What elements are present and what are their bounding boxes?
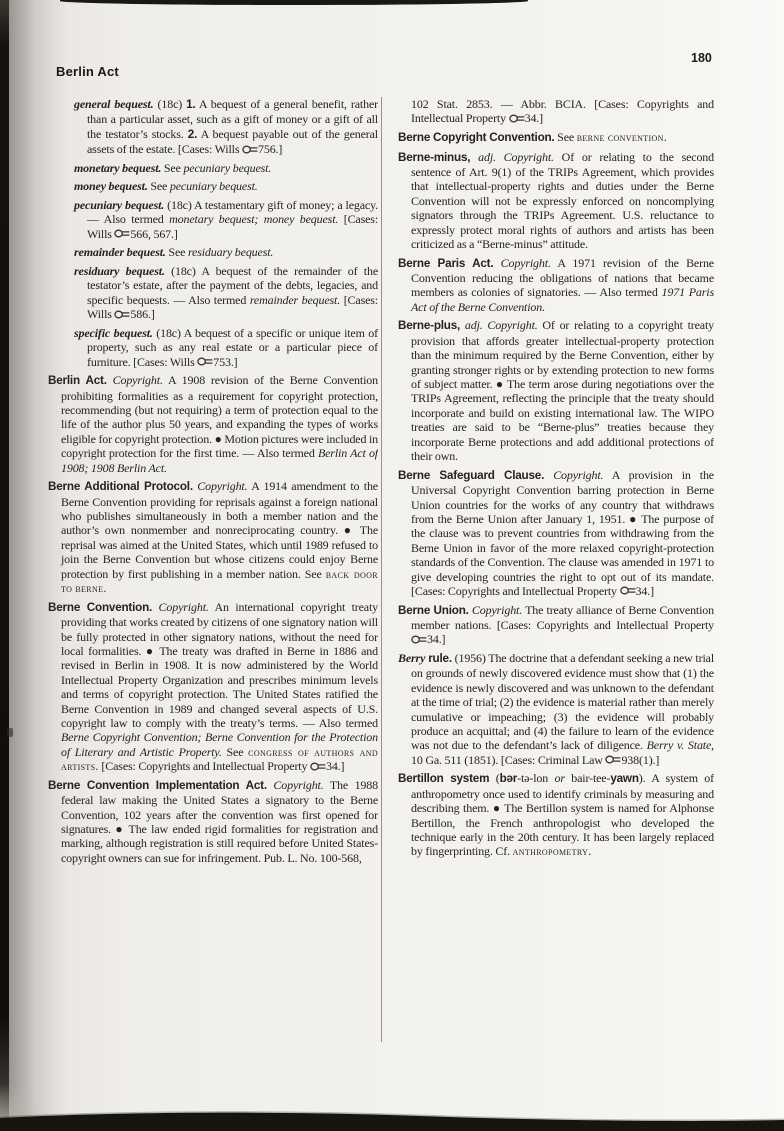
west-key-number-icon	[114, 227, 130, 241]
entry-text-run: 34.]	[326, 759, 344, 773]
entry-text-run: residuary bequest.	[74, 264, 165, 278]
entry-text-run: pecuniary bequest.	[74, 198, 164, 212]
entry-text-run: anthropometry.	[513, 844, 592, 858]
entry-text-run: Copyright.	[267, 778, 324, 792]
entry-text-run: Berne Additional Protocol.	[48, 480, 193, 493]
entry-text-run: See	[166, 245, 188, 259]
dictionary-entry: Berne-minus, adj. Copyright. Of or relat…	[398, 150, 714, 252]
west-key-number-icon	[242, 142, 258, 156]
entry-text-run: Bertillon system	[398, 772, 489, 785]
entry-text-run: Berry	[398, 651, 425, 665]
entry-text-run: pecuniary bequest.	[170, 179, 258, 193]
entry-text-run: 566, 567.]	[130, 227, 177, 241]
entry-text-run: Berne Convention Implementation Act.	[48, 779, 267, 792]
entry-text-run: pecuniary bequest.	[183, 161, 271, 175]
entry-text-run: bər	[500, 772, 518, 785]
entry-text-run: remainder bequest.	[250, 293, 340, 307]
west-key-number-icon	[509, 111, 525, 125]
entry-text-run: monetary bequest; money bequest.	[169, 212, 338, 226]
entry-text-run: Copyright.	[152, 600, 209, 614]
entry-text-run: See	[148, 179, 170, 193]
entry-text-run: 10 Ga. 511 (1851). [Cases: Criminal Law	[411, 753, 605, 767]
entry-text-run: Berne Copyright Convention.	[398, 131, 555, 144]
dictionary-entry: Berne Union. Copyright. The treaty allia…	[398, 603, 714, 647]
entry-text-run: 34.]	[427, 632, 445, 646]
entry-text-run: remainder bequest.	[74, 245, 166, 259]
entry-text-run: yawn	[610, 772, 638, 785]
entry-text-run: Berne-plus,	[398, 319, 460, 332]
entry-text-run: Of or relating to the second sentence of…	[411, 150, 714, 251]
dictionary-entry: pecuniary bequest. (18c) A testamentary …	[74, 198, 378, 241]
entry-text-run: Berne Union.	[398, 604, 469, 617]
entry-text-run: 102 Stat. 2853. — Abbr. BCIA. [Cases: Co…	[411, 97, 714, 125]
page-number: 180	[691, 51, 712, 65]
entry-text-run: See	[161, 161, 183, 175]
entry-text-run: Berlin Act.	[48, 374, 107, 387]
west-key-number-icon	[310, 759, 326, 773]
entry-text-run: (1956) The doctrine that a defendant see…	[411, 651, 714, 752]
entry-text-run: (18c)	[153, 97, 186, 111]
entry-text-run: [Cases: Copyrights and Intellectual Prop…	[99, 759, 310, 773]
entry-text-run: 2.	[188, 128, 197, 141]
dictionary-entry: Berne Copyright Convention. See berne co…	[398, 130, 714, 145]
west-key-number-icon	[114, 307, 130, 321]
dictionary-entry: Berry rule. (1956) The doctrine that a d…	[398, 651, 714, 767]
dictionary-entry: Berne Additional Protocol. Copyright. A …	[48, 479, 378, 595]
west-key-number-icon	[411, 632, 427, 646]
entry-text-run: monetary bequest.	[74, 161, 161, 175]
entry-text-run: A provision in the Universal Copyright C…	[411, 468, 714, 598]
dictionary-entry: remainder bequest. See residuary bequest…	[74, 245, 378, 259]
scan-speck	[7, 728, 13, 737]
entry-text-run: Berne Paris Act.	[398, 257, 493, 270]
dictionary-entry: Berne-plus, adj. Copyright. Of or relati…	[398, 318, 714, 463]
entry-text-run: An international copyright treaty provid…	[61, 600, 378, 730]
scan-bottom-edge	[0, 1109, 784, 1131]
entry-text-run: Copyright.	[193, 479, 248, 493]
entry-text-run: -tə-lon	[517, 771, 554, 785]
entry-text-run: 586.]	[130, 307, 154, 321]
dictionary-entry: monetary bequest. See pecuniary bequest.	[74, 161, 378, 175]
running-head: Berlin Act	[56, 64, 119, 79]
entry-text-run: See	[222, 745, 248, 759]
book-spine-edge	[0, 0, 9, 1131]
entry-text-run: general bequest.	[74, 97, 153, 111]
entry-text-run: Berry v. State,	[647, 738, 714, 752]
entry-text-run: Copyright.	[107, 373, 163, 387]
entry-text-run: bair-tee-	[565, 771, 610, 785]
entry-text-run: 1.	[186, 98, 195, 111]
entry-text-run: A 1914 amendment to the Berne Convention…	[61, 479, 378, 580]
entry-text-run: residuary bequest.	[188, 245, 273, 259]
text-columns: general bequest. (18c) 1. A bequest of a…	[48, 97, 716, 1055]
dictionary-entry: money bequest. See pecuniary bequest.	[74, 179, 378, 193]
entry-text-run: berne convention.	[577, 130, 667, 144]
entry-text-run: specific bequest.	[74, 326, 153, 340]
entry-text-run: 756.]	[258, 142, 282, 156]
dictionary-entry: Berne Safeguard Clause. Copyright. A pro…	[398, 468, 714, 599]
dictionary-page-scan: Berlin Act 180 general bequest. (18c) 1.…	[0, 0, 784, 1131]
dictionary-entry: Bertillon system (bər-tə-lon or bair-tee…	[398, 771, 714, 858]
dictionary-entry: general bequest. (18c) 1. A bequest of a…	[74, 97, 378, 157]
entry-text-run: 753.]	[213, 355, 237, 369]
dictionary-entry: residuary bequest. (18c) A bequest of th…	[74, 264, 378, 322]
entry-text-run: adj. Copyright.	[460, 318, 538, 332]
west-key-number-icon	[620, 584, 636, 598]
entry-text-run: Of or relating to a copyright treaty pro…	[411, 318, 714, 463]
entry-text-run: See	[555, 130, 577, 144]
west-key-number-icon	[197, 355, 213, 369]
dictionary-entry: Berlin Act. Copyright. A 1908 revision o…	[48, 373, 378, 475]
entry-text-run: or	[555, 771, 565, 785]
column-divider	[381, 97, 382, 1042]
entry-text-run: rule.	[425, 652, 452, 665]
dictionary-entry: Berne Convention Implementation Act. Cop…	[48, 778, 378, 865]
scan-top-edge	[60, 0, 528, 5]
west-key-number-icon	[605, 753, 621, 767]
entry-text-run: Copyright.	[469, 603, 522, 617]
entry-text-run: Copyright.	[544, 468, 603, 482]
entry-text-run: 34.]	[525, 111, 543, 125]
dictionary-entry: specific bequest. (18c) A bequest of a s…	[74, 326, 378, 369]
entry-text-run: Berne Safeguard Clause.	[398, 469, 544, 482]
dictionary-entry: 102 Stat. 2853. — Abbr. BCIA. [Cases: Co…	[398, 97, 714, 126]
entry-text-run: adj. Copyright.	[470, 150, 554, 164]
left-column: general bequest. (18c) 1. A bequest of a…	[48, 97, 378, 1055]
dictionary-entry: Berne Convention. Copyright. An internat…	[48, 600, 378, 774]
dictionary-entry: Berne Paris Act. Copyright. A 1971 revis…	[398, 256, 714, 315]
entry-text-run: money bequest.	[74, 179, 148, 193]
entry-text-run: Berne-minus,	[398, 151, 470, 164]
entry-text-run: 938(1).]	[621, 753, 659, 767]
entry-text-run: Copyright.	[493, 256, 550, 270]
entry-text-run: 34.]	[636, 584, 654, 598]
entry-text-run: (	[489, 771, 499, 785]
right-column: 102 Stat. 2853. — Abbr. BCIA. [Cases: Co…	[398, 97, 714, 1055]
entry-text-run: Berne Convention.	[48, 601, 152, 614]
